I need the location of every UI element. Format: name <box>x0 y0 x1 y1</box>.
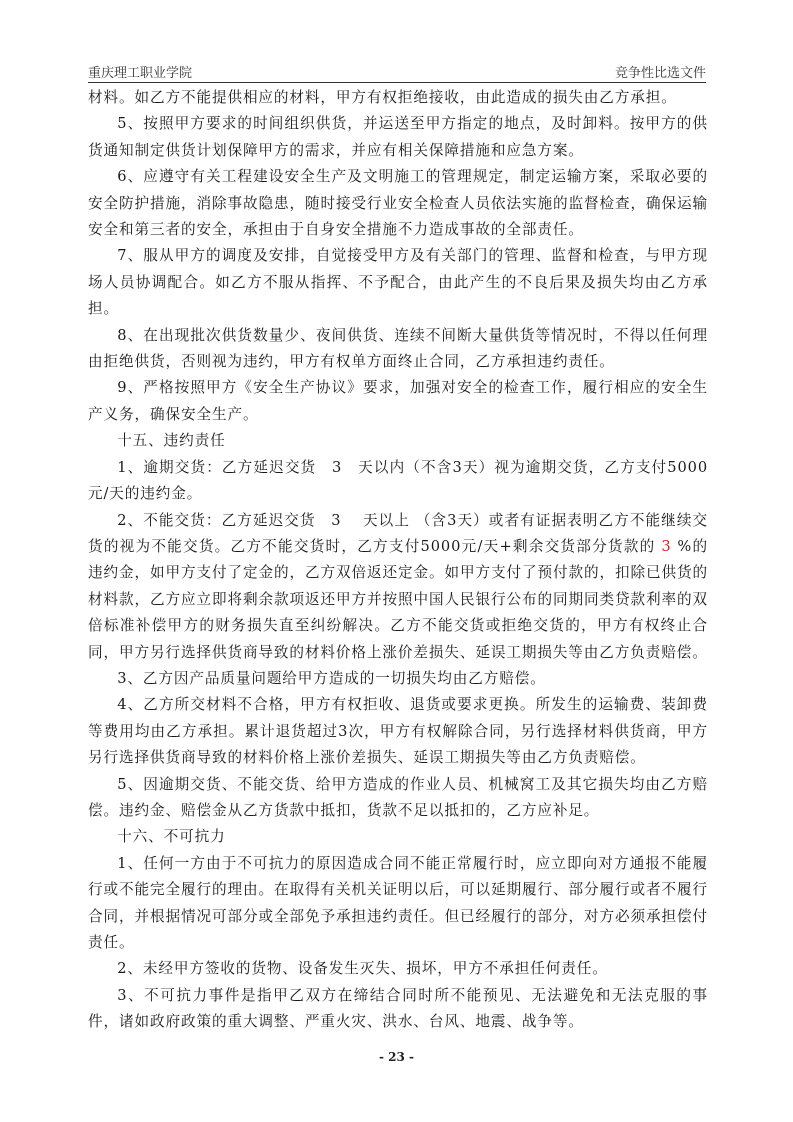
paragraph-non-delivery: 2、不能交货：乙方延迟交货 3 天以上 （含3天）或者有证据表明乙方不能继续交货… <box>88 508 708 666</box>
paragraph: 7、服从甲方的调度及安排，自觉接受甲方及有关部门的管理、监督和检查，与甲方现场人… <box>88 243 708 322</box>
section-heading: 十五、违约责任 <box>88 428 708 454</box>
paragraph: 1、任何一方由于不可抗力的原因造成合同不能正常履行时，应立即向对方通报不能履行或… <box>88 851 708 957</box>
paragraph: 8、在出现批次供货数量少、夜间供货、连续不间断大量供货等情况时，不得以任何理由拒… <box>88 323 708 376</box>
text-segment: 2、不能交货：乙方延迟交货 3 天以上 （含3天）或者有证据表明乙方不能继续交货… <box>88 512 708 555</box>
header-document-type: 竞争性比选文件 <box>615 62 706 81</box>
paragraph: 5、按照甲方要求的时间组织供货，并运送至甲方指定的地点，及时卸料。按甲方的供货通… <box>88 111 708 164</box>
paragraph: 4、乙方所交材料不合格，甲方有权拒收、退货或要求更换。所发生的运输费、装卸费等费… <box>88 692 708 771</box>
text-segment: %的违约金，如甲方支付了定金的，乙方双倍返还定金。如甲方支付了预付款的，扣除已供… <box>88 538 708 661</box>
page-number: - 23 - <box>0 1050 793 1064</box>
highlighted-percentage: 3 <box>661 538 671 555</box>
paragraph: 材料。如乙方不能提供相应的材料，甲方有权拒绝接收，由此造成的损失由乙方承担。 <box>88 85 708 111</box>
page-header: 重庆理工职业学院 竞争性比选文件 <box>88 60 706 83</box>
paragraph: 3、不可抗力事件是指甲乙双方在缔结合同时所不能预见、无法避免和无法克服的事件，诸… <box>88 983 708 1036</box>
paragraph: 9、严格按照甲方《安全生产协议》要求，加强对安全的检查工作，履行相应的安全生产义… <box>88 375 708 428</box>
section-heading: 十六、不可抗力 <box>88 824 708 850</box>
paragraph: 2、未经甲方签收的货物、设备发生灭失、损坏，甲方不承担任何责任。 <box>88 956 708 982</box>
paragraph: 5、因逾期交货、不能交货、给甲方造成的作业人员、机械窝工及其它损失均由乙方赔偿。… <box>88 772 708 825</box>
paragraph: 3、乙方因产品质量问题给甲方造成的一切损失均由乙方赔偿。 <box>88 666 708 692</box>
paragraph: 6、应遵守有关工程建设安全生产及文明施工的管理规定，制定运输方案，采取必要的安全… <box>88 164 708 243</box>
header-institution: 重庆理工职业学院 <box>88 62 192 81</box>
paragraph: 1、逾期交货：乙方延迟交货 3 天以内（不含3天）视为逾期交货，乙方支付5000… <box>88 455 708 508</box>
document-body: 材料。如乙方不能提供相应的材料，甲方有权拒绝接收，由此造成的损失由乙方承担。 5… <box>88 85 708 1036</box>
